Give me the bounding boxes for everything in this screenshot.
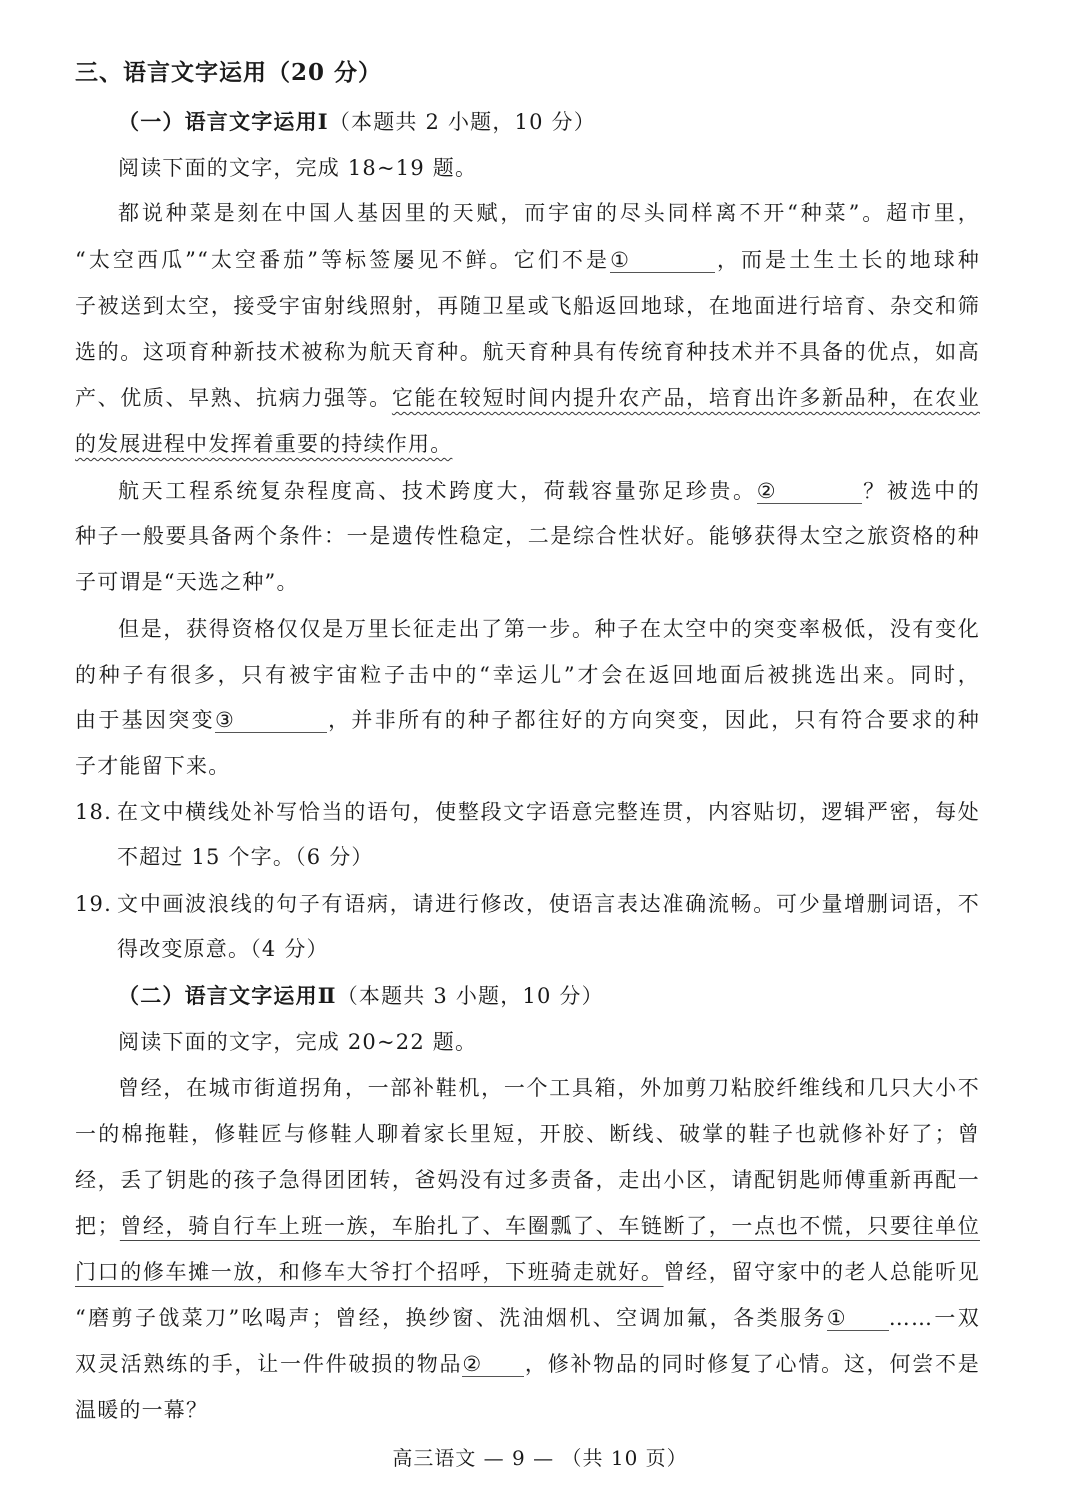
- passage2-text: ……一双: [889, 1306, 980, 1330]
- passage1-line: 的发展进程中发挥着重要的持续作用。: [75, 429, 980, 459]
- passage1-text: 航天工程系统复杂程度高、技术跨度大，荷载容量弥足珍贵。: [118, 479, 757, 503]
- passage2-text: 曾经，留守家中的老人总能听见: [664, 1260, 980, 1284]
- passage2-line: 把；曾经，骑自行车上班一族，车胎扎了、车圈瓢了、车链断了，一点也不慌，只要往单位: [75, 1211, 980, 1241]
- passage1-text: 产、优质、早熟、抗病力强等。: [75, 386, 392, 410]
- page-footer: 高三语文 — 9 — （共 10 页）: [0, 1442, 1080, 1471]
- passage1-line: 子被送到太空，接受宇宙射线照射，再随卫星或飞船返回地球，在地面进行培育、杂交和筛: [75, 291, 980, 321]
- passage2-text: ，修补物品的同时修复了心情。这，何尝不是: [524, 1352, 980, 1376]
- passage1-line: 的种子有很多，只有被宇宙粒子击中的“幸运儿”才会在返回地面后被挑选出来。同时，: [75, 660, 980, 690]
- passage1-line: 子才能留下来。: [75, 751, 980, 781]
- part1-heading-note: （本题共 2 小题，10 分）: [329, 110, 596, 134]
- passage2-line: 经，丢了钥匙的孩子急得团团转，爸妈没有过多责备，走出小区，请配钥匙师傅重新再配一: [75, 1165, 980, 1195]
- part2-heading: （二）语言文字运用Ⅱ（本题共 3 小题，10 分）: [118, 981, 980, 1011]
- passage2-line: 曾经，在城市街道拐角，一部补鞋机，一个工具箱，外加剪刀粘胶纤维线和几只大小不: [118, 1073, 980, 1103]
- passage1-line: 都说种菜是刻在中国人基因里的天赋，而宇宙的尽头同样离不开“种菜”。超市里，: [118, 198, 980, 228]
- question-19-text: 得改变原意。（4 分）: [117, 934, 980, 964]
- underlined-sentence: 门口的修车摊一放，和修车大爷打个招呼，下班骑走就好。: [75, 1260, 664, 1284]
- part1-heading: （一）语言文字运用Ⅰ（本题共 2 小题，10 分）: [118, 107, 980, 137]
- passage1-text: ？被选中的: [862, 479, 980, 503]
- passage2-line: 双灵活熟练的手，让一件件破损的物品②，修补物品的同时修复了心情。这，何尝不是: [75, 1349, 980, 1379]
- part2-heading-note: （本题共 3 小题，10 分）: [337, 984, 604, 1008]
- question-18-text: 在文中横线处补写恰当的语句，使整段文字语意完整连贯，内容贴切，逻辑严密，每处: [117, 797, 980, 827]
- passage1-text: ，并非所有的种子都往好的方向突变，因此，只有符合要求的种: [327, 708, 980, 732]
- passage1-text: ，而是土生土长的地球种: [715, 248, 980, 272]
- passage2-text: “磨剪子戗菜刀”吆喝声；曾经，换纱窗、洗油烟机、空调加氟，各类服务: [75, 1306, 827, 1330]
- passage2-line: 一的棉拖鞋，修鞋匠与修鞋人聊着家长里短，开胶、断线、破掌的鞋子也就修补好了；曾: [75, 1119, 980, 1149]
- wavy-underlined-sentence: 它能在较短时间内提升农产品，培育出许多新品种，在农业: [392, 386, 980, 410]
- passage2-text: 把；: [75, 1214, 120, 1238]
- section-title: 三、语言文字运用（20 分）: [75, 58, 980, 88]
- part1-heading-title: （一）语言文字运用Ⅰ: [118, 109, 329, 134]
- exam-page: 三、语言文字运用（20 分） （一）语言文字运用Ⅰ（本题共 2 小题，10 分）…: [0, 0, 1080, 1508]
- fill-blank-2: ②: [757, 479, 862, 504]
- passage1-line: 子可谓是“天选之种”。: [75, 567, 980, 597]
- passage2-text: 双灵活熟练的手，让一件件破损的物品: [75, 1352, 462, 1376]
- passage1-line: 选的。这项育种新技术被称为航天育种。航天育种具有传统育种技术并不具备的优点，如高: [75, 337, 980, 367]
- passage2-line: 门口的修车摊一放，和修车大爷打个招呼，下班骑走就好。曾经，留守家中的老人总能听见: [75, 1257, 980, 1287]
- passage2-line: “磨剪子戗菜刀”吆喝声；曾经，换纱窗、洗油烟机、空调加氟，各类服务①……一双: [75, 1303, 980, 1333]
- passage1-line: 航天工程系统复杂程度高、技术跨度大，荷载容量弥足珍贵。②？被选中的: [118, 476, 980, 506]
- part2-heading-title: （二）语言文字运用Ⅱ: [118, 983, 337, 1008]
- passage1-line: “太空西瓜”“太空番茄”等标签屡见不鲜。它们不是①，而是土生土长的地球种: [75, 245, 980, 275]
- passage1-text: 由于基因突变: [75, 708, 215, 732]
- wavy-underlined-sentence: 的发展进程中发挥着重要的持续作用。: [75, 432, 452, 456]
- passage1-line: 种子一般要具备两个条件：一是遗传性稳定，二是综合性状好。能够获得太空之旅资格的种: [75, 521, 980, 551]
- underlined-sentence: 曾经，骑自行车上班一族，车胎扎了、车圈瓢了、车链断了，一点也不慌，只要往单位: [120, 1214, 980, 1238]
- fill-blank-1: ①: [827, 1306, 889, 1331]
- part1-instruction: 阅读下面的文字，完成 18~19 题。: [118, 153, 980, 183]
- fill-blank-1: ①: [610, 248, 715, 273]
- passage1-line: 产、优质、早熟、抗病力强等。它能在较短时间内提升农产品，培育出许多新品种，在农业: [75, 383, 980, 413]
- question-19-text: 文中画波浪线的句子有语病，请进行修改，使语言表达准确流畅。可少量增删词语，不: [117, 889, 980, 919]
- passage2-line: 温暖的一幕？: [75, 1395, 980, 1425]
- fill-blank-3: ③: [215, 708, 327, 733]
- fill-blank-2: ②: [462, 1352, 524, 1377]
- passage1-line: 但是，获得资格仅仅是万里长征走出了第一步。种子在太空中的突变率极低，没有变化: [118, 614, 980, 644]
- part2-instruction: 阅读下面的文字，完成 20~22 题。: [118, 1027, 980, 1057]
- passage1-text: “太空西瓜”“太空番茄”等标签屡见不鲜。它们不是: [75, 248, 610, 272]
- question-18-text: 不超过 15 个字。（6 分）: [117, 842, 980, 872]
- passage1-line: 由于基因突变③，并非所有的种子都往好的方向突变，因此，只有符合要求的种: [75, 705, 980, 735]
